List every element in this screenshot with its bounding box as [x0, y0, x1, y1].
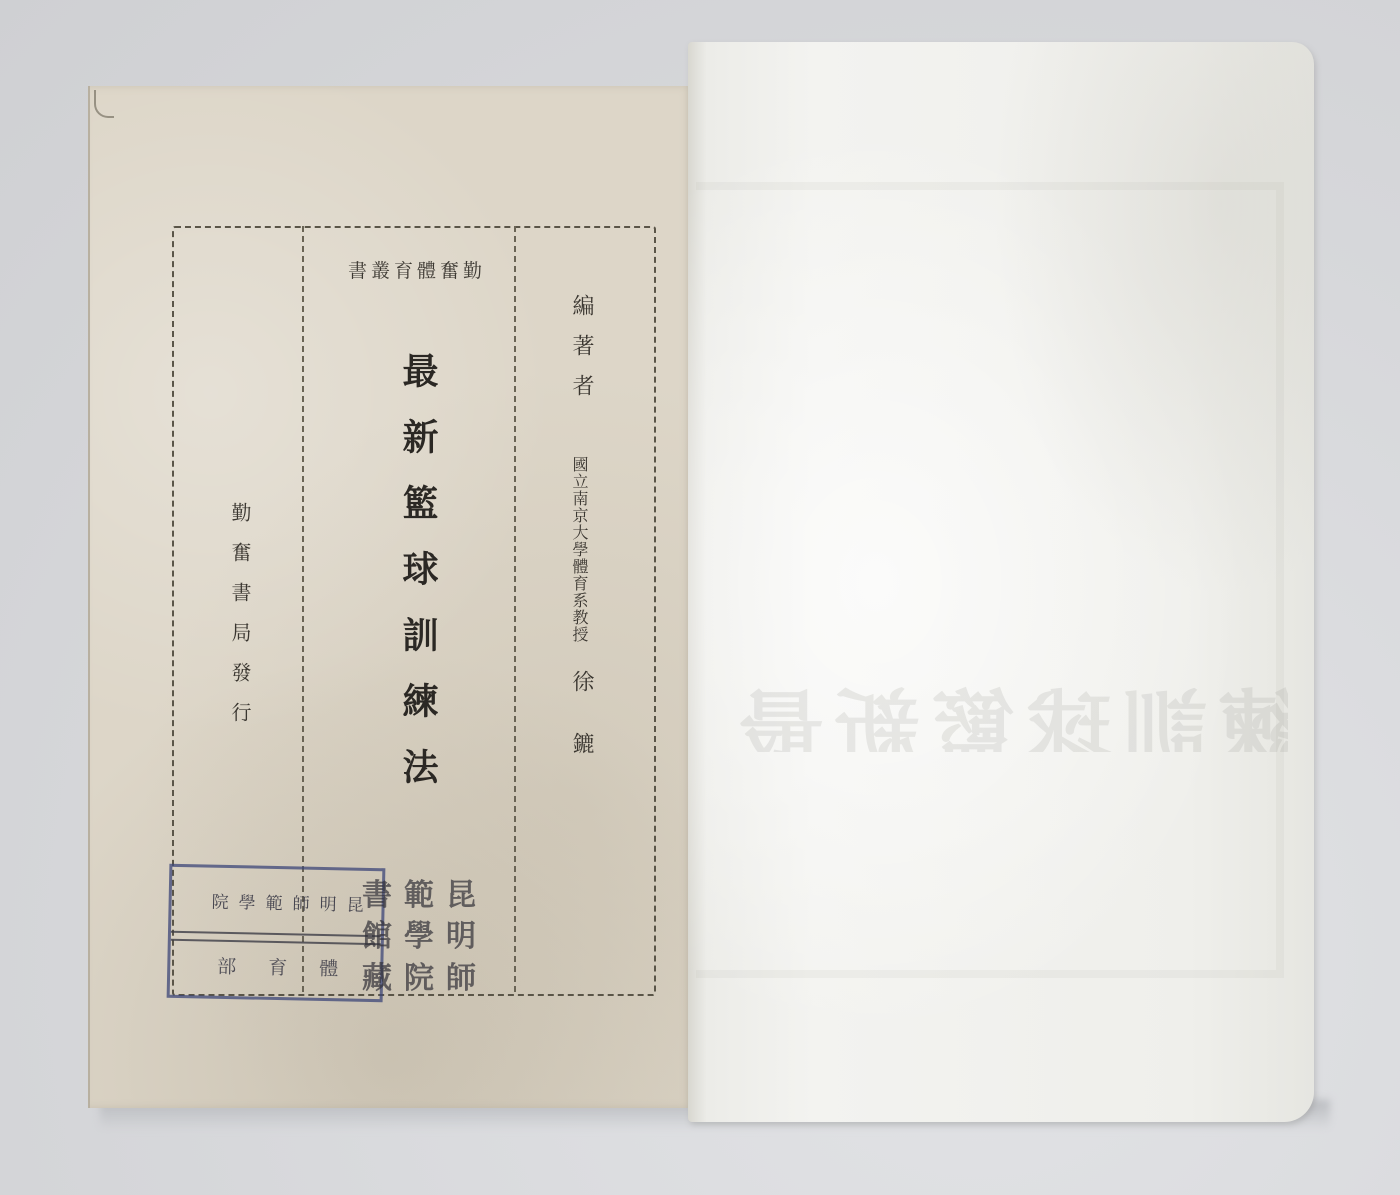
book-title: 最新籃球訓練法 [392, 352, 443, 814]
library-stamp-department: 體育部 [186, 951, 371, 982]
seal-char: 藏 [356, 959, 398, 1000]
library-seal: 昆 範 書 明 學 館 師 院 藏 [356, 876, 482, 1000]
author-name: 徐鏕 [566, 670, 597, 794]
author-label: 編著者 [566, 294, 597, 414]
author-affiliation: 國立南京大學體育系教授 [568, 456, 591, 643]
series-title: 勤奮體育叢書 [332, 256, 502, 283]
seal-char: 館 [356, 917, 398, 958]
show-through-frame [696, 182, 1284, 978]
seal-char: 範 [398, 876, 440, 917]
library-stamp: 昆明師範學院 體育部 [167, 864, 386, 1002]
seal-char: 昆 [440, 876, 482, 917]
title-page: 勤奮體育叢書 最新籃球訓練法 編著者 國立南京大學體育系教授 徐鏕 勤奮書局發行… [88, 86, 694, 1108]
library-stamp-divider [171, 931, 381, 945]
blank-flyleaf-page: 最新籃球訓練法 [688, 42, 1314, 1122]
corner-fold [94, 90, 114, 118]
seal-char: 書 [356, 876, 398, 917]
seal-char: 院 [398, 959, 440, 1000]
show-through-title: 最新籃球訓練法 [728, 662, 1288, 752]
seal-char: 學 [398, 917, 440, 958]
library-stamp-name: 昆明師範學院 [179, 887, 373, 916]
seal-char: 明 [440, 917, 482, 958]
column-divider-right [514, 226, 516, 992]
publisher: 勤奮書局發行 [226, 502, 255, 742]
seal-char: 師 [440, 959, 482, 1000]
